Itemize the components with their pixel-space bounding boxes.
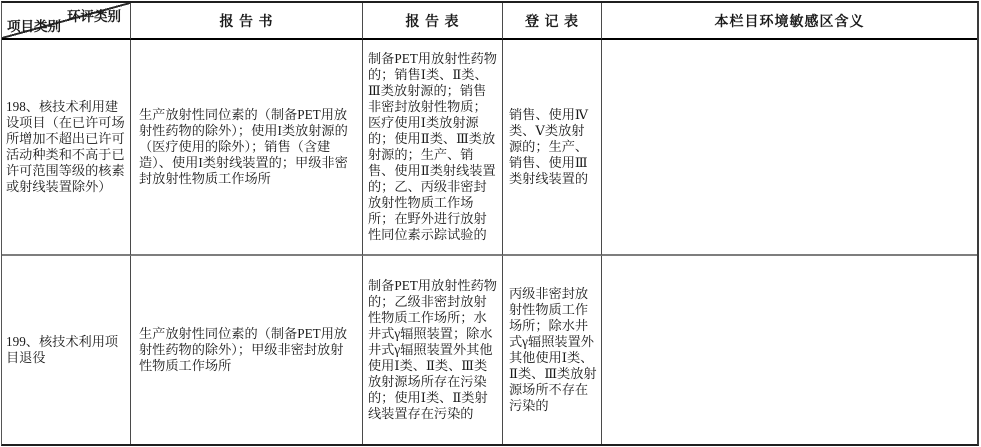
row-198-category-text: 198、核技术利用建设项目（在已许可场所增加不超出已许可活动种类和不高于已许可范… (6, 99, 127, 195)
row-198-registration-text: 销售、使用Ⅳ类、Ⅴ类放射源的；生产、销售、使用Ⅲ类射线装置的 (509, 107, 597, 187)
row-199-sensitive-cell (602, 256, 977, 444)
header-report-table: 报 告 表 (363, 3, 503, 40)
row-199-report-table-cell: 制备PET用放射性药物的；乙级非密封放射性物质工作场所；水井式γ辐照装置；除水井… (363, 256, 503, 444)
header-report-book: 报 告 书 (131, 3, 363, 40)
header-registration-form: 登 记 表 (503, 3, 602, 40)
row-198-category-cell: 198、核技术利用建设项目（在已许可场所增加不超出已许可活动种类和不高于已许可范… (2, 40, 131, 256)
row-198-report-table-text: 制备PET用放射性药物的；销售Ⅰ类、Ⅱ类、Ⅲ类放射源的；销售非密封放射性物质；医… (368, 51, 498, 243)
row-198-registration-cell: 销售、使用Ⅳ类、Ⅴ类放射源的；生产、销售、使用Ⅲ类射线装置的 (503, 40, 602, 256)
corner-header-cell: 环评类别 项目类别 (2, 3, 131, 40)
document-page: 环评类别 项目类别 报 告 书 报 告 表 登 记 表 本栏目环境敏感区含义 1… (0, 0, 981, 447)
eia-category-table: 环评类别 项目类别 报 告 书 报 告 表 登 记 表 本栏目环境敏感区含义 1… (1, 1, 979, 446)
row-199-registration-text: 丙级非密封放射性物质工作场所；除水井式γ辐照装置外其他使用Ⅰ类、Ⅱ类、Ⅲ类放射源… (509, 286, 597, 414)
row-199-registration-cell: 丙级非密封放射性物质工作场所；除水井式γ辐照装置外其他使用Ⅰ类、Ⅱ类、Ⅲ类放射源… (503, 256, 602, 444)
row-198-report-table-cell: 制备PET用放射性药物的；销售Ⅰ类、Ⅱ类、Ⅲ类放射源的；销售非密封放射性物质；医… (363, 40, 503, 256)
row-199-report-book-text: 生产放射性同位素的（制备PET用放射性药物的除外）；甲级非密封放射性物质工作场所 (139, 326, 354, 374)
row-198-report-book-text: 生产放射性同位素的（制备PET用放射性药物的除外）；使用I类放射源的（医疗使用的… (139, 107, 354, 187)
corner-label-eia-category: 环评类别 (67, 5, 121, 25)
row-198-report-book-cell: 生产放射性同位素的（制备PET用放射性药物的除外）；使用I类放射源的（医疗使用的… (131, 40, 363, 256)
header-sensitive-area-meaning: 本栏目环境敏感区含义 (602, 3, 977, 40)
row-199-report-table-text: 制备PET用放射性药物的；乙级非密封放射性物质工作场所；水井式γ辐照装置；除水井… (368, 278, 498, 422)
row-199-report-book-cell: 生产放射性同位素的（制备PET用放射性药物的除外）；甲级非密封放射性物质工作场所 (131, 256, 363, 444)
corner-label-project-category: 项目类别 (7, 15, 61, 35)
row-198-sensitive-cell (602, 40, 977, 256)
row-199-category-text: 199、核技术利用项目退役 (6, 334, 127, 366)
row-199-category-cell: 199、核技术利用项目退役 (2, 256, 131, 444)
